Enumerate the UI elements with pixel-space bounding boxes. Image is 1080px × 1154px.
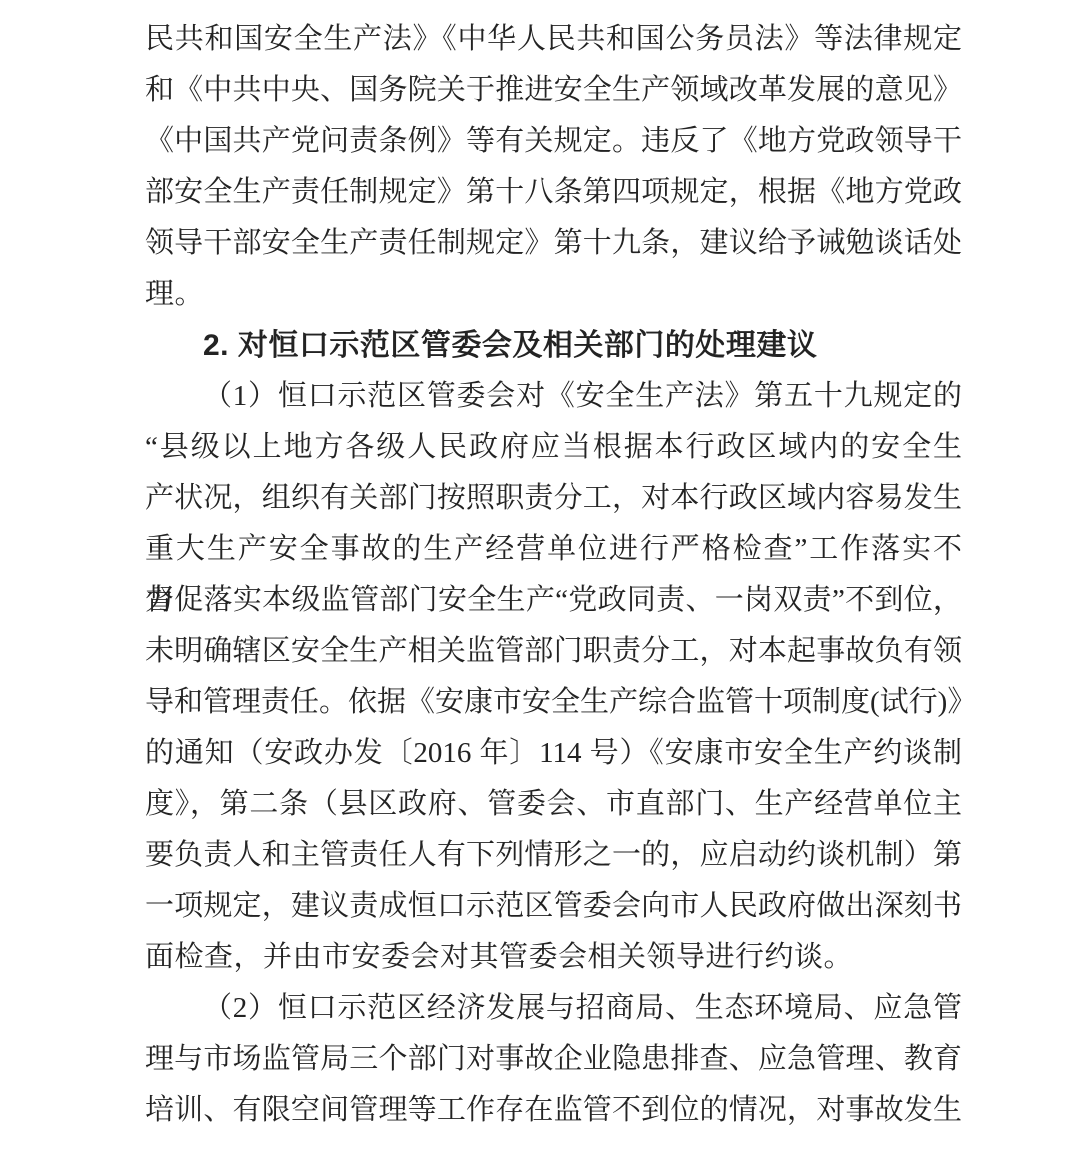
- document-line: “县级以上地方各级人民政府应当根据本行政区域内的安全生: [145, 422, 962, 473]
- document-line: （2）恒口示范区经济发展与招商局、生态环境局、应急管: [145, 983, 962, 1034]
- document-line: 面检查，并由市安委会对其管委会相关领导进行约谈。: [145, 932, 962, 983]
- document-line: 要负责人和主管责任人有下列情形之一的，应启动约谈机制）第: [145, 830, 962, 881]
- document-line: 培训、有限空间管理等工作存在监管不到位的情况，对事故发生: [145, 1085, 962, 1136]
- document-line: 部安全生产责任制规定》第十八条第四项规定，根据《地方党政: [145, 167, 962, 218]
- document-line: 民共和国安全生产法》《中华人民共和国公务员法》等法律规定: [145, 14, 962, 65]
- document-line: 未明确辖区安全生产相关监管部门职责分工，对本起事故负有领: [145, 626, 962, 677]
- document-line: 领导干部安全生产责任制规定》第十九条，建议给予诫勉谈话处: [145, 218, 962, 269]
- document-line: 理。: [145, 269, 962, 320]
- document-line: 一项规定，建议责成恒口示范区管委会向市人民政府做出深刻书: [145, 881, 962, 932]
- document-line: 的通知（安政办发〔2016 年〕114 号）《安康市安全生产约谈制: [145, 728, 962, 779]
- document-line: 产状况，组织有关部门按照职责分工，对本行政区域内容易发生: [145, 473, 962, 524]
- document-line: 理与市场监管局三个部门对事故企业隐患排查、应急管理、教育: [145, 1034, 962, 1085]
- document-line: 重大生产安全事故的生产经营单位进行严格检查”工作落实不力，: [145, 524, 962, 575]
- document-line: 度》，第二条（县区政府、管委会、市直部门、生产经营单位主: [145, 779, 962, 830]
- document-line: 督促落实本级监管部门安全生产“党政同责、一岗双责”不到位，: [145, 575, 962, 626]
- document-line: 《中国共产党问责条例》等有关规定。违反了《地方党政领导干: [145, 116, 962, 167]
- document-text-block: 民共和国安全生产法》《中华人民共和国公务员法》等法律规定和《中共中央、国务院关于…: [145, 14, 962, 1136]
- document-line: 和《中共中央、国务院关于推进安全生产领域改革发展的意见》: [145, 65, 962, 116]
- document-line: 导和管理责任。依据《安康市安全生产综合监管十项制度(试行)》: [145, 677, 962, 728]
- document-line: （1）恒口示范区管委会对《安全生产法》第五十九规定的: [145, 371, 962, 422]
- section-heading: 2. 对恒口示范区管委会及相关部门的处理建议: [145, 320, 962, 371]
- document-page: 民共和国安全生产法》《中华人民共和国公务员法》等法律规定和《中共中央、国务院关于…: [0, 0, 1080, 1154]
